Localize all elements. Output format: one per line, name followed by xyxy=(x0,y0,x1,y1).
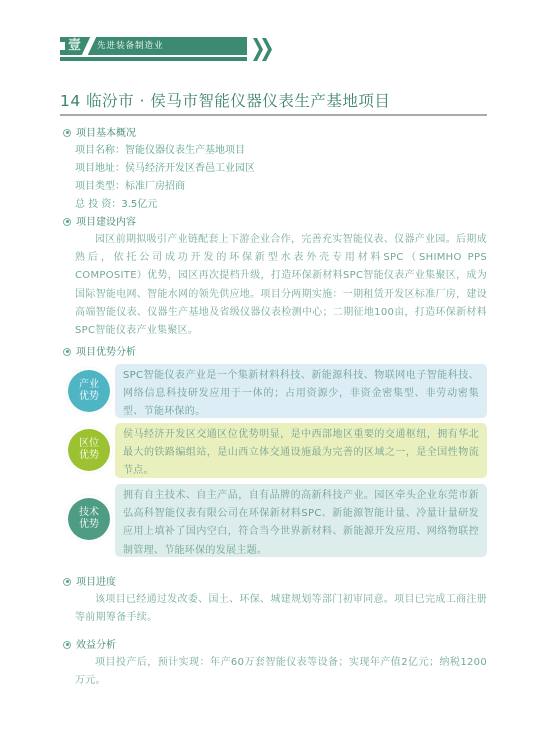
technology-advantage-badge: 技术 优势 xyxy=(68,498,110,540)
info-value: 侯马经济开发区香邑工业园区 xyxy=(125,163,255,174)
chapter-number: 壹 xyxy=(68,37,81,55)
advantage-location: 区位 优势 侯马经济开发区交通区位优势明显，是中西部地区重要的交通枢纽，拥有华北… xyxy=(68,423,487,478)
construction-paragraph: 园区前期拟吸引产业链配套上下游企业合作，完善充实智能仪表、仪器产业园。后期成熟后… xyxy=(75,231,487,340)
chapter-header-bar: 壹 先进装备制造业 xyxy=(60,37,247,62)
info-project-address: 项目地址：侯马经济开发区香邑工业园区 xyxy=(75,159,255,174)
progress-paragraph: 该项目已经通过发改委、国土、环保、城建规划等部门初审同意。项目已完成工商注册等前… xyxy=(75,591,487,627)
info-value: 3.5亿元 xyxy=(121,199,157,210)
badge-line2: 优势 xyxy=(79,450,99,462)
location-advantage-badge: 区位 优势 xyxy=(68,429,110,471)
section-heading-text: 项目建设内容 xyxy=(76,217,136,228)
info-label: 总 投 资： xyxy=(75,199,121,210)
industry-advantage-box: SPC智能仪表产业是一个集新材料科技、新能源科技、物联网电子智能科技、网络信息科… xyxy=(115,364,487,418)
bullet-icon xyxy=(63,129,71,137)
badge-line1: 技术 xyxy=(79,507,99,519)
location-advantage-box: 侯马经济开发区交通区位优势明显，是中西部地区重要的交通枢纽，拥有华北最大的铁路编… xyxy=(115,423,487,478)
info-label: 项目名称： xyxy=(75,145,125,156)
badge-line2: 优势 xyxy=(79,519,99,531)
section-heading-text: 项目优势分析 xyxy=(76,347,136,358)
title-divider xyxy=(60,114,487,116)
section-heading-overview: 项目基本概况 xyxy=(63,124,136,139)
double-chevron-right-icon xyxy=(252,37,274,62)
info-project-type: 项目类型：标准厂房招商 xyxy=(75,177,185,192)
badge-line1: 产业 xyxy=(79,379,99,391)
advantage-technology: 技术 优势 拥有自主技术、自主产品，自有品牌的高新科技产业。园区牵头企业东莞市新… xyxy=(68,484,487,557)
section-heading-progress: 项目进度 xyxy=(63,573,116,588)
bullet-icon xyxy=(63,578,71,586)
badge-line2: 优势 xyxy=(79,391,99,403)
technology-advantage-box: 拥有自主技术、自主产品，自有品牌的高新科技产业。园区牵头企业东莞市新弘高科智能仪… xyxy=(115,484,487,557)
bullet-icon xyxy=(63,348,71,356)
section-heading-text: 项目基本概况 xyxy=(76,128,136,139)
page-title: 14 临汾市 · 侯马市智能仪器仪表生产基地项目 xyxy=(60,89,390,111)
section-heading-construction: 项目建设内容 xyxy=(63,213,136,228)
chapter-underline xyxy=(60,57,247,61)
section-heading-benefits: 效益分析 xyxy=(63,636,116,651)
section-heading-text: 效益分析 xyxy=(76,640,116,651)
chapter-square-icon xyxy=(60,42,65,50)
section-heading-advantages: 项目优势分析 xyxy=(63,343,136,358)
info-total-investment: 总 投 资：3.5亿元 xyxy=(75,195,157,210)
badge-line1: 区位 xyxy=(79,438,99,450)
bullet-icon xyxy=(63,641,71,649)
info-label: 项目类型： xyxy=(75,181,125,192)
info-label: 项目地址： xyxy=(75,163,125,174)
industry-advantage-badge: 产业 优势 xyxy=(68,370,110,412)
info-project-name: 项目名称：智能仪器仪表生产基地项目 xyxy=(75,141,245,156)
benefits-paragraph: 项目投产后，预计实现：年产60万套智能仪表等设备；实现年产值2亿元；纳税1200… xyxy=(75,654,487,690)
chapter-label: 先进装备制造业 xyxy=(97,37,164,55)
advantage-industry: 产业 优势 SPC智能仪表产业是一个集新材料科技、新能源科技、物联网电子智能科技… xyxy=(68,364,487,418)
info-value: 标准厂房招商 xyxy=(125,181,185,192)
section-heading-text: 项目进度 xyxy=(76,577,116,588)
bullet-icon xyxy=(63,218,71,226)
info-value: 智能仪器仪表生产基地项目 xyxy=(125,145,245,156)
